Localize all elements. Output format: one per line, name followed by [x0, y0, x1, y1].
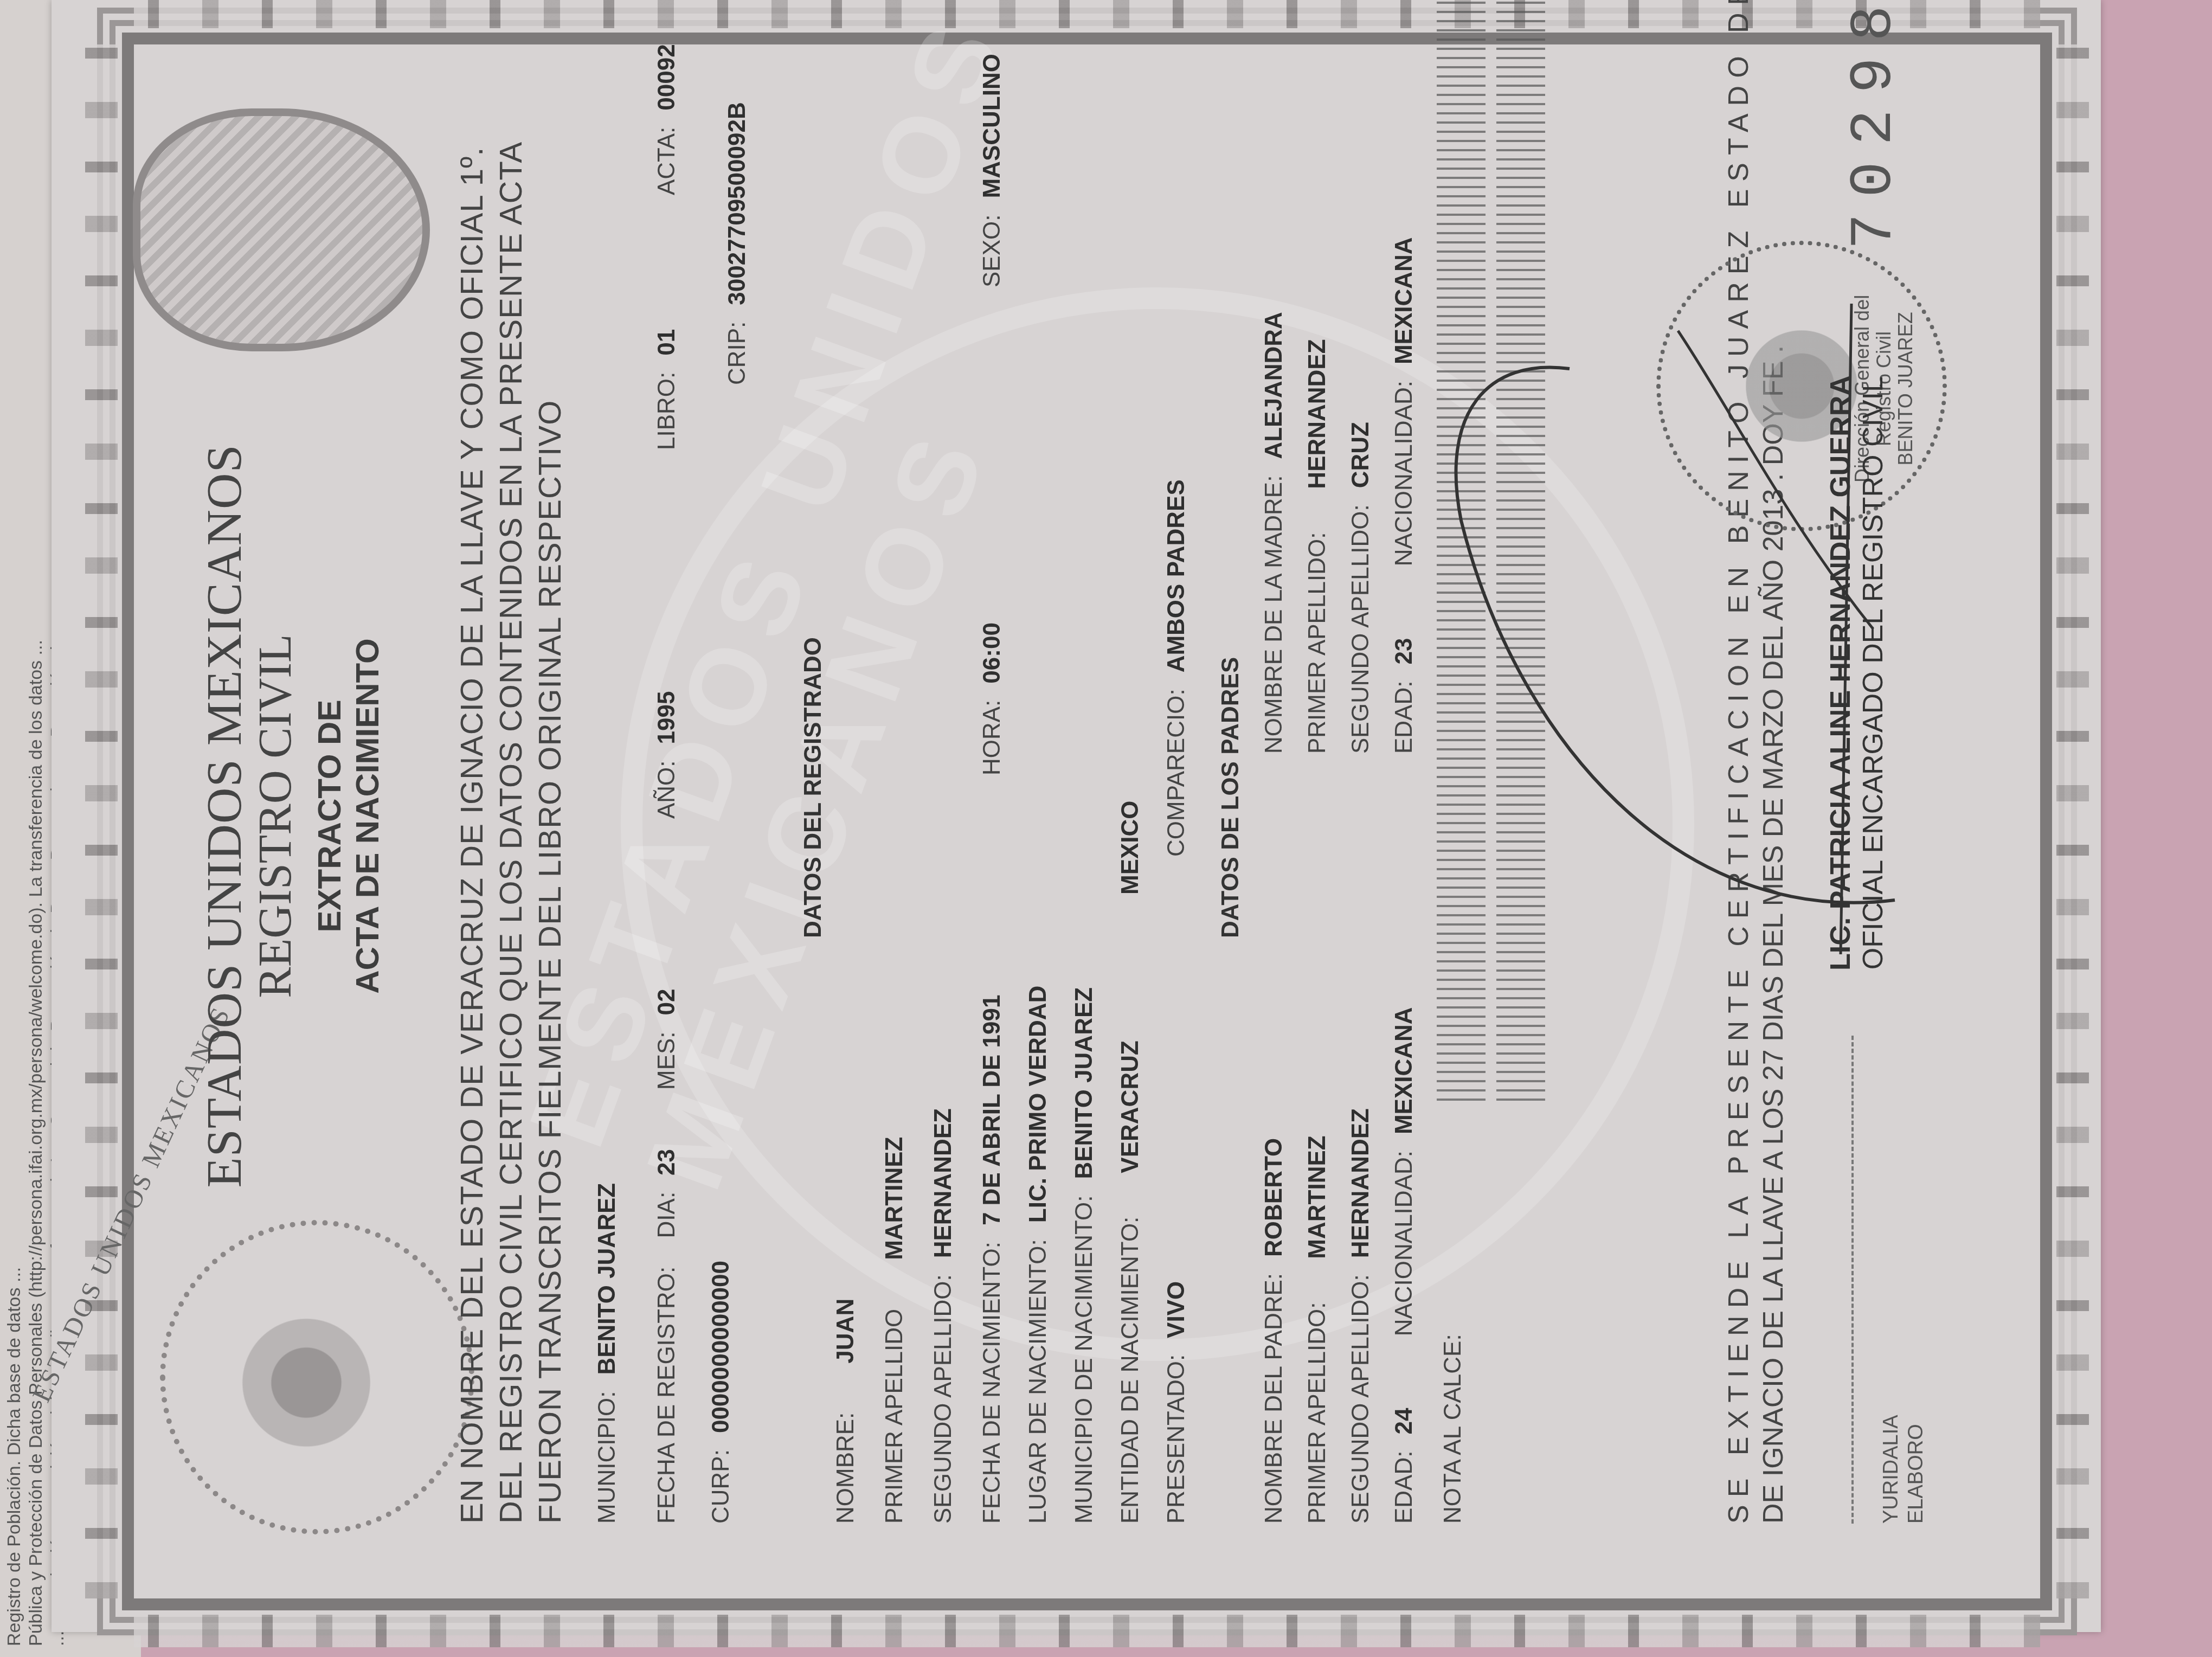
- fecha-nacimiento-row: FECHA DE NACIMIENTO:7 DE ABRIL DE 1991: [979, 995, 1006, 1524]
- border-pattern-bottom: [2056, 44, 2089, 1598]
- closing-line-2: DE IGNACIO DE LA LLAVE A LOS 27 DIAS DEL…: [1756, 0, 1791, 1524]
- entidad-nacimiento-row: ENTIDAD DE NACIMIENTO:VERACRUZ: [1117, 1041, 1144, 1524]
- country-title: ESTADOS UNIDOS MEXICANOS: [198, 0, 250, 1632]
- datos-registrado-title: DATOS DEL REGISTRADO: [800, 637, 827, 938]
- border-pattern-left: [134, 1615, 2040, 1647]
- comparecio-field: COMPARECIO:AMBOS PADRES: [1163, 479, 1190, 857]
- intro-paragraph: EN NOMBRE DEL ESTADO DE VERACRUZ DE IGNA…: [453, 108, 570, 1524]
- padre-primer-apellido-row: PRIMER APELLIDO:MARTINEZ: [1304, 1135, 1331, 1524]
- hora-field: HORA:06:00: [979, 622, 1006, 775]
- libro-field: LIBRO:01: [653, 329, 680, 450]
- datos-padres-title: DATOS DE LOS PADRES: [1217, 657, 1244, 938]
- nota-al-calce-label: NOTA AL CALCE:: [1439, 1334, 1467, 1524]
- elaboro-label: ELABORO: [1904, 1415, 1928, 1524]
- closing-statement: SE EXTIENDE LA PRESENTE CERTIFICACION EN…: [1721, 0, 1791, 1524]
- border-pattern-top: [85, 44, 118, 1598]
- madre-edad-row: EDAD:23 NACIONALIDAD:MEXICANA: [1391, 237, 1418, 754]
- officer-block: LIC. PATRICIA ALINE HERNANDEZ GUERRA OFI…: [1824, 375, 1889, 971]
- padre-segundo-apellido-row: SEGUNDO APELLIDO:HERNANDEZ: [1347, 1108, 1374, 1524]
- municipio-row: MUNICIPIO:BENITO JUAREZ: [594, 1183, 621, 1524]
- acta-field: ACTA:00092: [653, 44, 680, 195]
- segundo-apellido-row: SEGUNDO APELLIDO:HERNANDEZ: [930, 1108, 957, 1524]
- madre-segundo-apellido-row: SEGUNDO APELLIDO:CRUZ: [1347, 422, 1374, 754]
- folio-number: 7029889: [1841, 0, 1908, 249]
- fecha-registro-row: FECHA DE REGISTRO: DIA:23: [653, 1149, 680, 1524]
- nota-hatch-line-2: [1496, 0, 1545, 1101]
- elaboro-name: YURIDALIA: [1879, 1415, 1904, 1524]
- padre-nombre-row: NOMBRE DEL PADRE:ROBERTO: [1261, 1138, 1288, 1524]
- lugar-nacimiento-row: LUGAR DE NACIMIENTO:LIC. PRIMO VERDAD: [1025, 986, 1052, 1524]
- office-title: REGISTRO CIVIL: [250, 0, 300, 1632]
- elaboro-block: YURIDALIA ELABORO: [1879, 1415, 1928, 1524]
- act-type: ACTA DE NACIMIENTO: [349, 0, 387, 1632]
- municipio-nacimiento-row: MUNICIPIO DE NACIMIENTO:BENITO JUAREZ: [1071, 987, 1098, 1524]
- madre-primer-apellido-row: PRIMER APELLIDO:HERNANDEZ: [1304, 339, 1331, 754]
- primer-apellido-row: PRIMER APELLIDOMARTINEZ: [881, 1137, 908, 1524]
- pais-field: MEXICO: [1117, 800, 1144, 911]
- officer-title: OFICIAL ENCARGADO DEL REGISTRO CIVIL: [1857, 375, 1889, 971]
- crip-field: CRIP:30027709500092B: [724, 102, 751, 385]
- certificate-page: ESTADOS UNIDOS MEXICANOS ESTADOS UNIDOS …: [52, 0, 2101, 1632]
- officer-name: LIC. PATRICIA ALINE HERNANDEZ GUERRA: [1824, 375, 1857, 971]
- sexo-field: SEXO:MASCULINO: [979, 54, 1006, 287]
- underlying-line-1: Registro de Población. Dicha base de dat…: [3, 11, 25, 1646]
- closing-line-1: SE EXTIENDE LA PRESENTE CERTIFICACION EN…: [1721, 0, 1756, 1524]
- presentado-row: PRESENTADO:VIVO: [1163, 1281, 1190, 1524]
- padre-edad-row: EDAD:24 NACIONALIDAD:MEXICANA: [1391, 1007, 1418, 1524]
- nota-hatch-line-1: [1437, 0, 1486, 1101]
- anio-field: AÑO:1995: [653, 691, 680, 819]
- elaboro-signature-line: [1851, 1036, 1854, 1524]
- document-header: ESTADOS UNIDOS MEXICANOS REGISTRO CIVIL …: [198, 0, 387, 1632]
- extract-label: EXTRACTO DE: [311, 0, 349, 1632]
- curp-row: CURP:0000000000000: [708, 1261, 735, 1524]
- nombre-row: NOMBRE:JUAN: [832, 1299, 859, 1524]
- madre-nombre-row: NOMBRE DE LA MADRE:ALEJANDRA: [1261, 312, 1288, 754]
- mes-field: MES:02: [653, 988, 680, 1090]
- birth-certificate-sheet: ESTADOS UNIDOS MEXICANOS ESTADOS UNIDOS …: [52, 0, 2101, 1632]
